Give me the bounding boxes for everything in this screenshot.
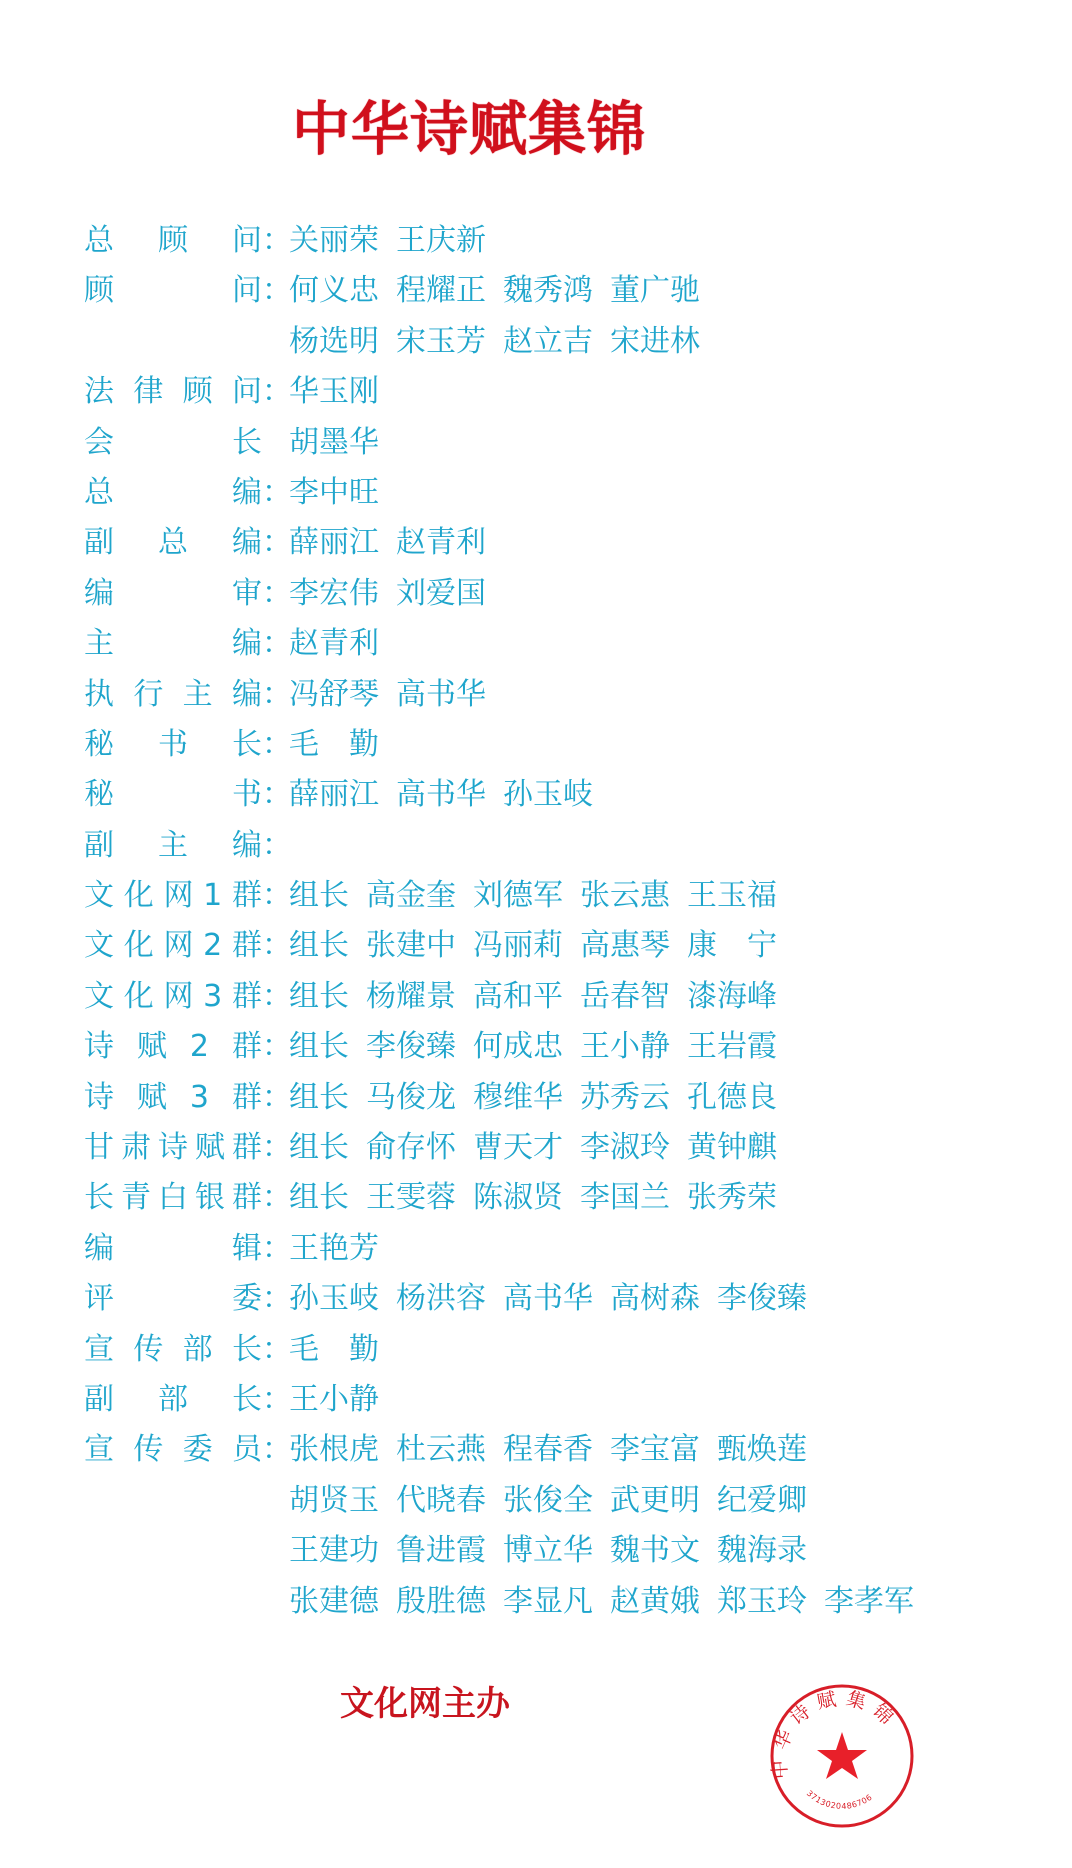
person-name: 组长 <box>289 1022 349 1072</box>
person-name: 孔德良 <box>687 1073 777 1123</box>
person-name: 王小静 <box>580 1022 670 1072</box>
colon: ： <box>262 972 286 1022</box>
person-name: 高金奎 <box>366 871 456 921</box>
name-list: 赵青利 <box>289 619 379 669</box>
person-name: 杜云燕 <box>396 1425 486 1475</box>
person-name: 杨选明 <box>289 317 379 367</box>
role-label: 诗赋2群 <box>84 1022 262 1072</box>
colon: ： <box>262 1224 286 1274</box>
person-name: 高书华 <box>503 1274 593 1324</box>
name-list: 张建德殷胜德李显凡赵黄娥郑玉玲李孝军 <box>289 1577 914 1627</box>
colon: ： <box>262 871 286 921</box>
person-name: 冯舒琴 <box>289 670 379 720</box>
person-name: 赵青利 <box>396 518 486 568</box>
person-name: 薛丽江 <box>289 770 379 820</box>
person-name: 刘爱国 <box>396 569 486 619</box>
person-name: 何成忠 <box>473 1022 563 1072</box>
official-seal-icon: 中华诗赋集锦 3713020486706 <box>768 1682 916 1830</box>
person-name: 赵立吉 <box>503 317 593 367</box>
person-name: 俞存怀 <box>366 1123 456 1173</box>
name-list: 张根虎杜云燕程春香李宝富甄焕莲 <box>289 1425 807 1475</box>
role-label: 副主编 <box>84 821 262 871</box>
person-name: 组长 <box>289 1173 349 1223</box>
name-list: 李宏伟刘爱国 <box>289 569 486 619</box>
person-name: 胡墨华 <box>289 418 379 468</box>
person-name: 李孝军 <box>824 1577 914 1627</box>
colon: ： <box>262 367 286 417</box>
colon: ： <box>262 770 286 820</box>
person-name: 马俊龙 <box>366 1073 456 1123</box>
name-list: 华玉刚 <box>289 367 379 417</box>
person-name: 王雯蓉 <box>366 1173 456 1223</box>
role-label: 宣传部长 <box>84 1325 262 1375</box>
person-name: 赵青利 <box>289 619 379 669</box>
person-name: 曹天才 <box>473 1123 563 1173</box>
person-name: 甄焕莲 <box>717 1425 807 1475</box>
person-name: 岳春智 <box>580 972 670 1022</box>
role-label: 文化网1群 <box>84 871 262 921</box>
person-name: 高书华 <box>396 770 486 820</box>
person-name: 毛 勤 <box>289 1325 379 1375</box>
person-name: 关丽荣 <box>289 216 379 266</box>
name-list: 李中旺 <box>289 468 379 518</box>
person-name: 宋玉芳 <box>396 317 486 367</box>
person-name: 毛 勤 <box>289 720 379 770</box>
name-list: 毛 勤 <box>289 720 379 770</box>
person-name: 程春香 <box>503 1425 593 1475</box>
person-name: 何义忠 <box>289 266 379 316</box>
person-name: 孙玉岐 <box>503 770 593 820</box>
person-name: 郑玉玲 <box>717 1577 807 1627</box>
person-name: 魏秀鸿 <box>503 266 593 316</box>
role-label: 编辑 <box>84 1224 262 1274</box>
role-label: 会长 <box>84 418 262 468</box>
person-name: 王小静 <box>289 1375 379 1425</box>
name-list: 胡墨华 <box>289 418 379 468</box>
name-list: 组长张建中冯丽莉高惠琴康 宁 <box>289 921 777 971</box>
person-name: 王艳芳 <box>289 1224 379 1274</box>
person-name: 华玉刚 <box>289 367 379 417</box>
name-list: 薛丽江高书华孙玉岐 <box>289 770 593 820</box>
name-list: 关丽荣王庆新 <box>289 216 486 266</box>
role-label: 编审 <box>84 569 262 619</box>
person-name: 高惠琴 <box>580 921 670 971</box>
organizer-text: 文化网主办 <box>340 1676 510 1725</box>
person-name: 代晓春 <box>396 1476 486 1526</box>
colon: ： <box>262 1274 286 1324</box>
role-label: 总顾问 <box>84 216 262 266</box>
person-name: 武更明 <box>610 1476 700 1526</box>
person-name: 组长 <box>289 1123 349 1173</box>
person-name: 张云惠 <box>580 871 670 921</box>
person-name: 李宝富 <box>610 1425 700 1475</box>
person-name: 高书华 <box>396 670 486 720</box>
colon: ： <box>262 1123 286 1173</box>
person-name: 王玉福 <box>687 871 777 921</box>
person-name: 穆维华 <box>473 1073 563 1123</box>
person-name: 陈淑贤 <box>473 1173 563 1223</box>
person-name: 王岩霞 <box>687 1022 777 1072</box>
person-name: 冯丽莉 <box>473 921 563 971</box>
colon: ： <box>262 468 286 518</box>
person-name: 李俊臻 <box>717 1274 807 1324</box>
role-label: 长青白银群 <box>84 1173 262 1223</box>
colon: ： <box>262 619 286 669</box>
person-name: 董广驰 <box>610 266 700 316</box>
person-name: 李俊臻 <box>366 1022 456 1072</box>
role-label: 秘书长 <box>84 720 262 770</box>
name-list: 王艳芳 <box>289 1224 379 1274</box>
person-name: 博立华 <box>503 1526 593 1576</box>
person-name: 纪爱卿 <box>717 1476 807 1526</box>
person-name: 鲁进霞 <box>396 1526 486 1576</box>
colon: ： <box>262 670 286 720</box>
role-label: 主编 <box>84 619 262 669</box>
colon: ： <box>262 1425 286 1475</box>
colon: ： <box>262 720 286 770</box>
person-name: 王庆新 <box>396 216 486 266</box>
name-list: 组长俞存怀曹天才李淑玲黄钟麒 <box>289 1123 777 1173</box>
person-name: 高和平 <box>473 972 563 1022</box>
person-name: 组长 <box>289 1073 349 1123</box>
name-list: 组长马俊龙穆维华苏秀云孔德良 <box>289 1073 777 1123</box>
seal-serial: 3713020486706 <box>805 1789 874 1811</box>
person-name: 宋进林 <box>610 317 700 367</box>
colon: ： <box>262 1073 286 1123</box>
person-name: 组长 <box>289 972 349 1022</box>
person-name: 张建德 <box>289 1577 379 1627</box>
colon: ： <box>262 518 286 568</box>
person-name: 赵黄娥 <box>610 1577 700 1627</box>
person-name: 刘德军 <box>473 871 563 921</box>
name-list: 何义忠程耀正魏秀鸿董广驰 <box>289 266 700 316</box>
person-name: 李淑玲 <box>580 1123 670 1173</box>
name-list: 组长王雯蓉陈淑贤李国兰张秀荣 <box>289 1173 777 1223</box>
role-label: 法律顾问 <box>84 367 262 417</box>
name-list: 组长高金奎刘德军张云惠王玉福 <box>289 871 777 921</box>
person-name: 魏书文 <box>610 1526 700 1576</box>
person-name: 组长 <box>289 921 349 971</box>
person-name: 杨耀景 <box>366 972 456 1022</box>
name-list: 薛丽江赵青利 <box>289 518 486 568</box>
colon: ： <box>262 1325 286 1375</box>
name-list: 孙玉岐杨洪容高书华高树森李俊臻 <box>289 1274 807 1324</box>
person-name: 李中旺 <box>289 468 379 518</box>
person-name: 殷胜德 <box>396 1577 486 1627</box>
name-list: 组长杨耀景高和平岳春智漆海峰 <box>289 972 777 1022</box>
role-label: 文化网2群 <box>84 921 262 971</box>
colon: ： <box>262 266 286 316</box>
person-name: 魏海录 <box>717 1526 807 1576</box>
page-title: 中华诗赋集锦 <box>292 82 646 166</box>
role-label: 诗赋3群 <box>84 1073 262 1123</box>
name-list: 冯舒琴高书华 <box>289 670 486 720</box>
person-name: 组长 <box>289 871 349 921</box>
star-icon <box>817 1732 867 1779</box>
person-name: 李宏伟 <box>289 569 379 619</box>
name-list: 毛 勤 <box>289 1325 379 1375</box>
role-label: 副总编 <box>84 518 262 568</box>
person-name: 胡贤玉 <box>289 1476 379 1526</box>
colon: ： <box>262 1375 286 1425</box>
name-list: 王建功鲁进霞博立华魏书文魏海录 <box>289 1526 807 1576</box>
colon: ： <box>262 1173 286 1223</box>
role-label: 副部长 <box>84 1375 262 1425</box>
person-name: 高树森 <box>610 1274 700 1324</box>
role-label: 宣传委员 <box>84 1425 262 1475</box>
person-name: 张根虎 <box>289 1425 379 1475</box>
person-name: 李国兰 <box>580 1173 670 1223</box>
colon: ： <box>262 821 286 871</box>
person-name: 程耀正 <box>396 266 486 316</box>
person-name: 张建中 <box>366 921 456 971</box>
svg-text:3713020486706: 3713020486706 <box>805 1789 874 1811</box>
person-name: 张俊全 <box>503 1476 593 1526</box>
role-label: 评委 <box>84 1274 262 1324</box>
role-label: 文化网3群 <box>84 972 262 1022</box>
role-label: 顾问 <box>84 266 262 316</box>
role-label: 执行主编 <box>84 670 262 720</box>
person-name: 漆海峰 <box>687 972 777 1022</box>
name-list: 杨选明宋玉芳赵立吉宋进林 <box>289 317 700 367</box>
name-list: 王小静 <box>289 1375 379 1425</box>
colon: ： <box>262 216 286 266</box>
person-name: 康 宁 <box>687 921 777 971</box>
role-label: 甘肃诗赋群 <box>84 1123 262 1173</box>
person-name: 黄钟麒 <box>687 1123 777 1173</box>
colon: ： <box>262 921 286 971</box>
colon: ： <box>262 1022 286 1072</box>
person-name: 李显凡 <box>503 1577 593 1627</box>
person-name: 薛丽江 <box>289 518 379 568</box>
name-list: 组长李俊臻何成忠王小静王岩霞 <box>289 1022 777 1072</box>
person-name: 苏秀云 <box>580 1073 670 1123</box>
colon: ： <box>262 569 286 619</box>
person-name: 张秀荣 <box>687 1173 777 1223</box>
role-label: 秘书 <box>84 770 262 820</box>
person-name: 杨洪容 <box>396 1274 486 1324</box>
person-name: 孙玉岐 <box>289 1274 379 1324</box>
person-name: 王建功 <box>289 1526 379 1576</box>
name-list: 胡贤玉代晓春张俊全武更明纪爱卿 <box>289 1476 807 1526</box>
role-label: 总编 <box>84 468 262 518</box>
